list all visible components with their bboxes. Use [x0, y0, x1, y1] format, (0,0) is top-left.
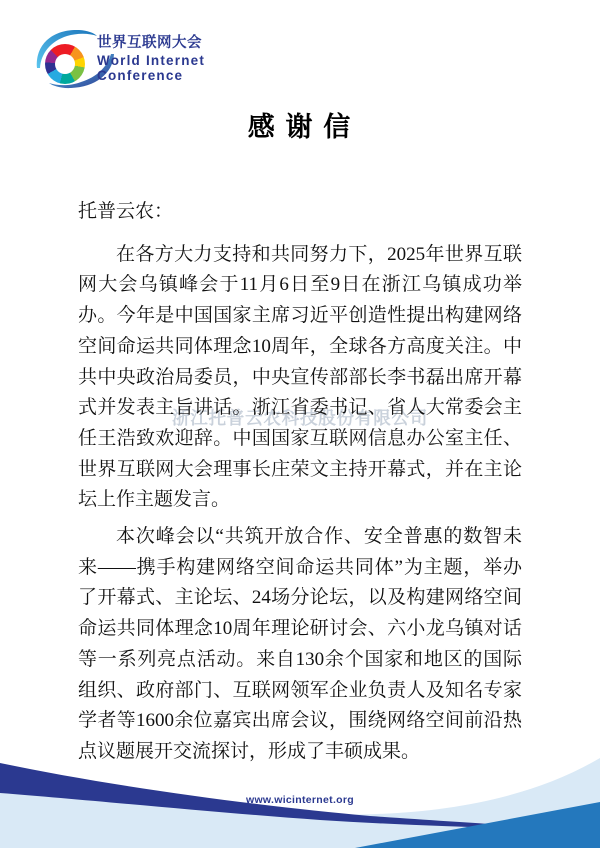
letter-salutation: 托普云农： [78, 197, 522, 228]
letter-paragraph-2: 本次峰会以“共筑开放合作、安全普惠的数智未来——携手构建网络空间命运共同体”为主… [78, 522, 522, 768]
letter-page: 世界互联网大会 World Internet Conference 感 谢 信 … [0, 0, 600, 848]
wic-logo-title-zh: 世界互联网大会 [97, 36, 263, 51]
wic-logo: 世界互联网大会 World Internet Conference [33, 26, 263, 92]
wic-logo-title-en1: World Internet [97, 54, 263, 68]
letter-body: 托普云农： 在各方大力支持和共同努力下，2025年世界互联网大会乌镇峰会于11月… [78, 197, 522, 768]
letter-paragraph-1: 在各方大力支持和共同努力下，2025年世界互联网大会乌镇峰会于11月6日至9日在… [78, 240, 522, 516]
footer-website-link[interactable]: www.wicinternet.org [0, 794, 600, 806]
wic-logo-text: 世界互联网大会 World Internet Conference [97, 36, 263, 83]
wic-mosaic-ring-icon [45, 44, 85, 84]
wic-logo-title-en2: Conference [97, 69, 263, 83]
letter-title: 感 谢 信 [0, 110, 600, 144]
